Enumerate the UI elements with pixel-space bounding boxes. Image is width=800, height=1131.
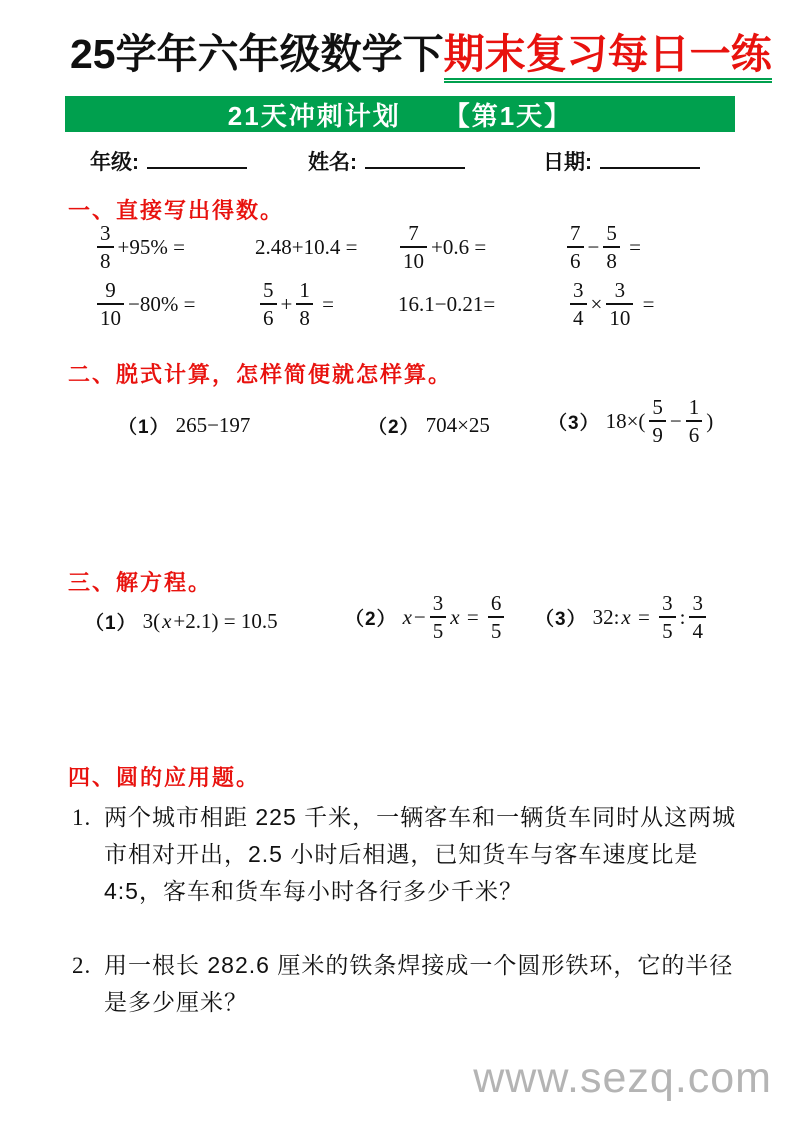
word-problem-number: 1. [72,799,104,910]
grade-blank-line [147,150,247,169]
section-4-heading: 四、圆的应用题。 [68,761,260,792]
date-field: 日期: [543,146,700,176]
word-problem-2: 2. 用一根长 282.6 厘米的铁条焊接成一个圆形铁环，它的半径是多少厘米？ [72,947,740,1021]
math-expression: 34×310 = [568,277,654,331]
problem-label: （3） [548,408,600,435]
word-problem-text: 两个城市相距 225 千米，一辆客车和一辆货车同时从这两城市相对开出，2.5 小… [104,799,740,910]
math-expression: 76−58 = [565,220,641,274]
section-2-heading: 二、脱式计算，怎样简便就怎样算。 [68,358,452,389]
problem-expression: 3(x+2.1) = 10.5 [143,609,278,634]
day-banner-text: 21天冲刺计划 【第1天】 [228,96,572,133]
problem-label: （3） [535,604,587,631]
math-expression: 16.1−0.21= [398,277,495,331]
word-problem-number: 2. [72,947,104,1021]
date-blank-line [600,150,700,169]
math-expression: 38+95% = [95,220,185,274]
name-blank-line [365,150,465,169]
equation-problem-2: （2） x−35x = 65 [345,588,506,646]
math-expression: 910−80% = [95,277,195,331]
calc-problem-1: （1） 265−197 [118,396,250,454]
word-problem-text: 用一根长 282.6 厘米的铁条焊接成一个圆形铁环，它的半径是多少厘米？ [104,947,740,1021]
page-title: 25学年六年级数学下期末复习每日一练 [70,30,750,79]
grade-field: 年级: [90,146,247,176]
calc-problem-3: （3） 18×(59−16) [548,392,713,450]
name-label: 姓名: [308,151,357,174]
problem-label: （1） [118,412,170,439]
problem-expression: 18×(59−16) [606,396,714,446]
math-expression: 710+0.6 = [398,220,486,274]
date-label: 日期: [543,151,592,174]
problem-expression: x−35x = 65 [403,592,507,642]
title-black-part: 25学年六年级数学下 [70,31,444,77]
problem-label: （1） [85,608,137,635]
day-banner: 21天冲刺计划 【第1天】 [65,96,735,132]
problem-expression: 265−197 [176,413,251,438]
equation-problem-1: （1） 3(x+2.1) = 10.5 [85,592,278,650]
problem-expression: 32:x = 35:34 [593,592,708,642]
word-problem-1: 1. 两个城市相距 225 千米，一辆客车和一辆货车同时从这两城市相对开出，2.… [72,799,740,910]
watermark: www.sezq.com [473,1054,772,1103]
math-expression: 56+18 = [258,277,334,331]
name-field: 姓名: [308,146,465,176]
title-red-part: 期末复习每日一练 [444,31,772,83]
problem-label: （2） [345,604,397,631]
worksheet-page: 25学年六年级数学下期末复习每日一练 21天冲刺计划 【第1天】 年级: 姓名:… [0,0,800,1131]
math-expression: 2.48+10.4 = [255,220,357,274]
problem-label: （2） [368,412,420,439]
equation-problem-3: （3） 32:x = 35:34 [535,588,708,646]
calc-problem-2: （2） 704×25 [368,396,490,454]
grade-label: 年级: [90,151,139,174]
problem-expression: 704×25 [426,413,490,438]
